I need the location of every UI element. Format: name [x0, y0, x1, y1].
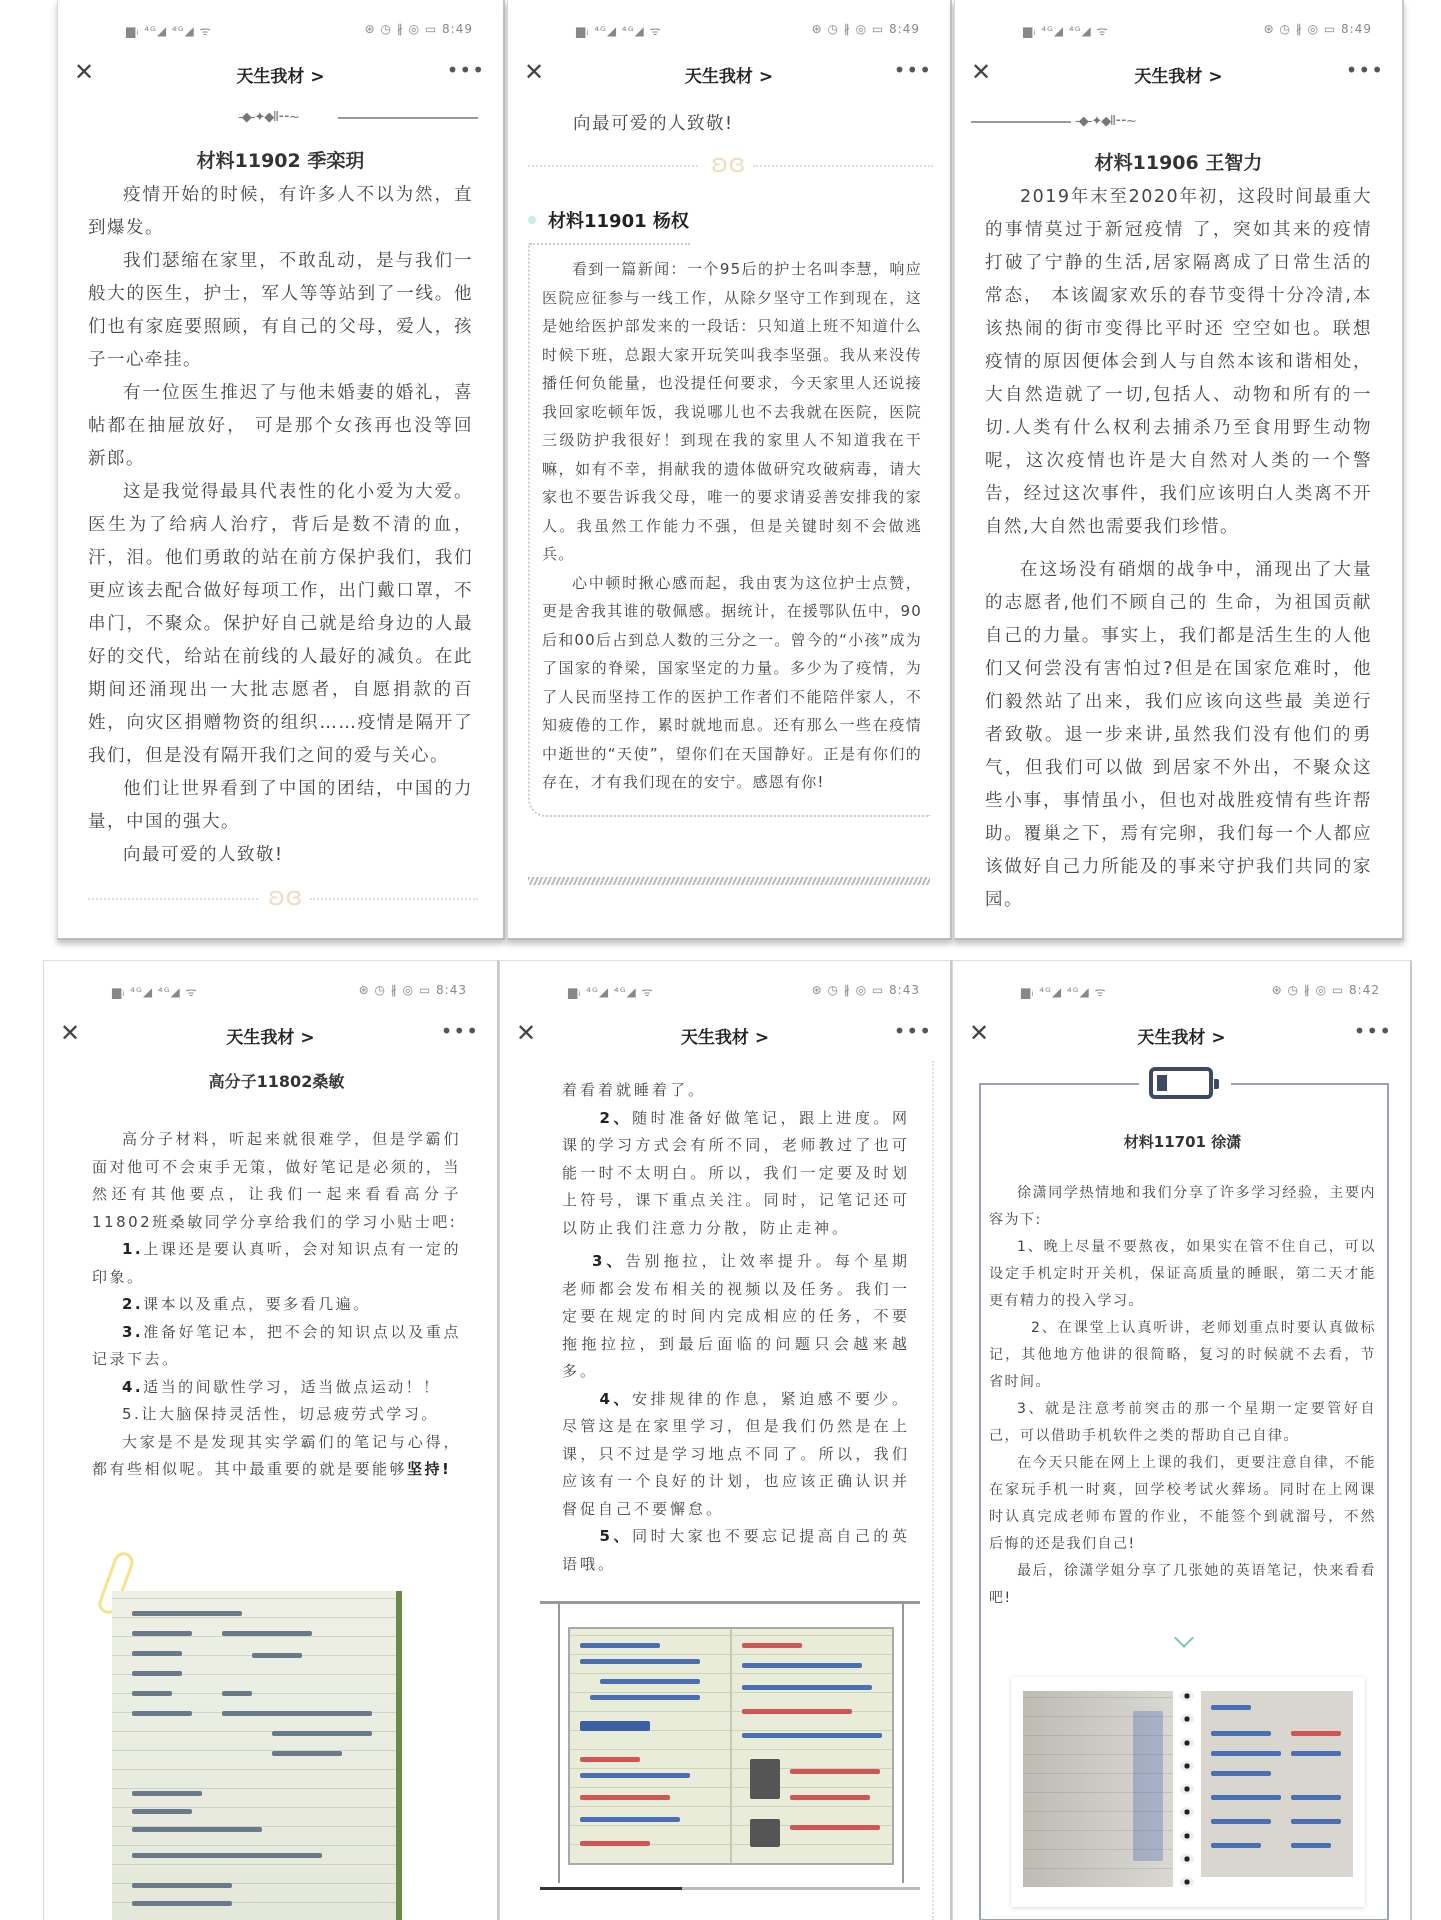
ring [1180, 1761, 1194, 1771]
paragraph: 2019年末至2020年初，这段时间最重大的事情莫过于新冠疫情 了，突如其来的疫… [985, 181, 1372, 544]
paragraph-text: 着看着就睡着了。 [562, 1081, 706, 1099]
tip-text: 让大脑保持灵活性，切忌疲劳式学习。 [141, 1405, 439, 1423]
paragraph: 我们瑟缩在家里，不敢乱动，是与我们一般大的医生，护士，军人等等站到了一线。他们也… [88, 245, 473, 377]
ring [1180, 1831, 1194, 1841]
handwriting [132, 1901, 232, 1906]
handwriting [742, 1663, 862, 1668]
handwriting [132, 1791, 202, 1796]
divider-line [971, 121, 1071, 123]
status-right: ⊛ ◷ ∦ ◎ ▭ 8:49 [812, 22, 920, 40]
handwriting [1291, 1751, 1341, 1756]
article-title: 材料11701 徐潇 [989, 1131, 1376, 1152]
gallery-scroll-thumb[interactable] [540, 1887, 682, 1890]
paragraph: 3、就是注意考前突击的那一个星期一定要管好自己，可以借助手机软件之类的帮助自己自… [989, 1396, 1376, 1450]
signal-icons: ▆ᵢ ⁴ᴳ◢ ⁴ᴳ◢ ᯤ [1023, 22, 1109, 40]
phone-screenshot-4: ▆ᵢ ⁴ᴳ◢ ⁴ᴳ◢ ᯤ ⊛ ◷ ∦ ◎ ▭ 8:43 ✕ 天生我材 > •••… [43, 960, 499, 1920]
tip-text: 告别拖拉，让效率提升。每个星期老师都会发布相关的视频以及任务。我们一定要在规定的… [562, 1252, 910, 1380]
handwriting [1211, 1819, 1271, 1824]
handwriting [742, 1709, 852, 1714]
handwriting [750, 1819, 780, 1847]
handwriting [132, 1631, 192, 1636]
paragraph: 有一位医生推迟了与他未婚妻的婚礼，喜帖都在抽屉放好， 可是那个女孩再也没等回新郎… [88, 377, 473, 476]
handwriting [790, 1795, 870, 1800]
handwriting [1211, 1843, 1261, 1848]
tip-number: 3. [122, 1323, 143, 1341]
tip-text: 准备好笔记本，把不会的知识点以及重点记录下去。 [92, 1323, 461, 1369]
handwriting [742, 1643, 802, 1648]
handwriting [1291, 1819, 1341, 1824]
handwriting [580, 1795, 670, 1800]
account-title-link[interactable]: 天生我材 > [500, 1023, 950, 1048]
article-title: 高分子11802桑敏 [92, 1069, 461, 1092]
handwriting [132, 1611, 242, 1616]
paragraph: 1、晚上尽量不要熬夜，如果实在管不住自己，可以设定手机定时开关机，保证高质量的睡… [989, 1234, 1376, 1315]
more-icon[interactable]: ••• [441, 1019, 479, 1043]
handwriting [1211, 1731, 1271, 1736]
phone-screenshot-6: ▆ᵢ ⁴ᴳ◢ ⁴ᴳ◢ ᯤ ⊛ ◷ ∦ ◎ ▭ 8:42 ✕ 天生我材 > •••… [952, 960, 1412, 1920]
status-bar: ▆ᵢ ⁴ᴳ◢ ⁴ᴳ◢ ᯤ ⊛ ◷ ∦ ◎ ▭ 8:43 [44, 983, 497, 1001]
more-icon[interactable]: ••• [1346, 58, 1384, 82]
ruled-lines [112, 1591, 396, 1920]
system-icons: ⊛ ◷ ∦ ◎ ▭ [359, 983, 432, 997]
paragraph-text: 大家是不是发现其实学霸们的笔记与心得，都有些相似呢。其中最重要的就是要能够 [92, 1433, 461, 1479]
wave-divider: -◆-✦◆⦀⁃⁃~ [985, 112, 1372, 132]
handwriting [742, 1685, 872, 1690]
handwriting [222, 1631, 312, 1636]
ring [1180, 1807, 1194, 1817]
article-title: 材料11906 王智力 [985, 148, 1372, 175]
handwriting [1291, 1795, 1341, 1800]
status-bar: ▆ᵢ ⁴ᴳ◢ ⁴ᴳ◢ ᯤ ⊛ ◷ ∦ ◎ ▭ 8:49 [58, 22, 503, 40]
ring [1180, 1784, 1194, 1794]
ring [1180, 1691, 1194, 1701]
status-right: ⊛ ◷ ∦ ◎ ▭ 8:42 [1272, 983, 1380, 1001]
clock: 8:49 [889, 22, 920, 36]
account-title-link[interactable]: 天生我材 > [953, 1023, 1410, 1048]
more-icon[interactable]: ••• [894, 58, 932, 82]
wave-divider: -◆-✦◆⦀⁃⁃~ [88, 108, 473, 128]
dotted-line [310, 898, 478, 900]
tip-number: 5、 [600, 1527, 633, 1545]
hatched-divider [528, 877, 930, 885]
phone-screenshot-3: ▆ᵢ ⁴ᴳ◢ ⁴ᴳ◢ ᯤ ⊛ ◷ ∦ ◎ ▭ 8:49 ✕ 天生我材 > •••… [954, 0, 1404, 940]
tip-number: 2、 [600, 1109, 633, 1127]
tip-item: 1.上课还是要认真听，会对知识点有一定的印象。 [92, 1236, 461, 1291]
more-icon[interactable]: ••• [894, 1019, 932, 1043]
tip-item: 2、随时准备好做笔记，跟上进度。网课的学习方式会有所不同，老师教过了也可能一时不… [562, 1105, 910, 1243]
ring [1180, 1714, 1194, 1724]
paragraph: 高分子材料，听起来就很难学，但是学霸们面对他可不会束手无策，做好笔记是必须的，当… [92, 1126, 461, 1236]
handwriting [790, 1769, 880, 1774]
tip-item: 3、告别拖拉，让效率提升。每个星期老师都会发布相关的视频以及任务。我们一定要在规… [562, 1248, 910, 1386]
tip-number: 3、 [592, 1252, 626, 1270]
butterfly-divider: ʚɞ [88, 878, 473, 918]
system-icons: ⊛ ◷ ∦ ◎ ▭ [1264, 22, 1337, 36]
article-body: -◆-✦◆⦀⁃⁃~ 材料11906 王智力 2019年末至2020年初，这段时间… [955, 112, 1402, 938]
emphasis-text: 坚持! [407, 1460, 451, 1478]
paragraph: 向最可爱的人致敬! [88, 839, 473, 872]
phone-screenshot-5: ▆ᵢ ⁴ᴳ◢ ⁴ᴳ◢ ᯤ ⊛ ◷ ∦ ◎ ▭ 8:43 ✕ 天生我材 > •••… [499, 960, 952, 1920]
butterfly-divider: ʚɞ [528, 145, 930, 185]
section-heading: 材料11901 杨权 [528, 207, 930, 233]
signal-icons: ▆ᵢ ⁴ᴳ◢ ⁴ᴳ◢ ᯤ [568, 983, 654, 1001]
nav-bar: ✕ 天生我材 > ••• [953, 1019, 1410, 1055]
status-right: ⊛ ◷ ∦ ◎ ▭ 8:49 [1264, 22, 1372, 40]
paragraph: 徐潇同学热情地和我们分享了许多学习经验，主要内容为下: [989, 1180, 1376, 1234]
nav-bar: ✕ 天生我材 > ••• [500, 1019, 950, 1055]
paragraph: 最后，徐潇学姐分享了几张她的英语笔记，快来看看吧! [989, 1558, 1376, 1612]
handwriting [580, 1721, 650, 1731]
tip-text: 随时准备好做笔记，跟上进度。网课的学习方式会有所不同，老师教过了也可能一时不太明… [562, 1109, 910, 1237]
paragraph: 疫情开始的时候，有许多人不以为然，直到爆发。 [88, 179, 473, 245]
handwriting [580, 1757, 640, 1762]
tip-number: 4、 [600, 1390, 633, 1408]
status-bar: ▆ᵢ ⁴ᴳ◢ ⁴ᴳ◢ ᯤ ⊛ ◷ ∦ ◎ ▭ 8:42 [953, 983, 1410, 1001]
nav-bar: ✕ 天生我材 > ••• [58, 58, 503, 94]
handwriting [132, 1671, 182, 1676]
butterfly-icon: ʚɞ [711, 149, 745, 179]
notebook-photo[interactable] [112, 1591, 402, 1920]
signal-icons: ▆ᵢ ⁴ᴳ◢ ⁴ᴳ◢ ᯤ [112, 983, 198, 1001]
tip-number: 1. [122, 1240, 143, 1258]
wave-ornament-icon: -◆-✦◆⦀⁃⁃~ [238, 110, 299, 125]
tip-item: 2.课本以及重点，要多看几遍。 [92, 1291, 461, 1319]
status-bar: ▆ᵢ ⁴ᴳ◢ ⁴ᴳ◢ ᯤ ⊛ ◷ ∦ ◎ ▭ 8:49 [508, 22, 950, 40]
status-right: ⊛ ◷ ∦ ◎ ▭ 8:43 [812, 983, 920, 1001]
status-right: ⊛ ◷ ∦ ◎ ▭ 8:43 [359, 983, 467, 1001]
handwriting [1291, 1843, 1331, 1848]
account-title-link[interactable]: 天生我材 > [508, 62, 950, 87]
handwriting [132, 1853, 322, 1858]
paragraph: 在今天只能在网上上课的我们，更要注意自律，不能在家玩手机一时爽，回学校考试火葬场… [989, 1450, 1376, 1558]
more-icon[interactable]: ••• [1354, 1019, 1392, 1043]
paragraph: 着看着就睡着了。 [562, 1077, 910, 1105]
paragraph-text: 高分子材料，听起来就很难学，但是学霸们面对他可不会束手无策，做好笔记是必须的，当… [92, 1130, 461, 1231]
battery-icon [1149, 1067, 1213, 1099]
handwriting [750, 1759, 780, 1799]
tip-item: 3.准备好笔记本，把不会的知识点以及重点记录下去。 [92, 1319, 461, 1374]
dotted-line [88, 898, 258, 900]
open-notebook-photo[interactable] [568, 1627, 894, 1865]
paragraph: 2、在课堂上认真听讲，老师划重点时要认真做标记，其他地方他讲的很简略，复习的时候… [989, 1315, 1376, 1396]
ring [1180, 1854, 1194, 1864]
handwriting [1211, 1795, 1281, 1800]
handwriting [580, 1659, 700, 1664]
clock: 8:42 [1349, 983, 1380, 997]
tip-text: 适当的间歇性学习，适当做点运动！！ [143, 1378, 441, 1396]
handwriting [742, 1733, 882, 1738]
ring [1180, 1738, 1194, 1748]
nav-bar: ✕ 天生我材 > ••• [44, 1019, 497, 1055]
phone-screenshot-1: ▆ᵢ ⁴ᴳ◢ ⁴ᴳ◢ ᯤ ⊛ ◷ ∦ ◎ ▭ 8:49 ✕ 天生我材 > •••… [57, 0, 505, 940]
handwriting [222, 1691, 252, 1696]
handwriting [790, 1825, 880, 1830]
paragraph: 这是我觉得最具代表性的化小爱为大爱。医生为了给病人治疗，背后是数不清的血，汗，泪… [88, 476, 473, 773]
status-bar: ▆ᵢ ⁴ᴳ◢ ⁴ᴳ◢ ᯤ ⊛ ◷ ∦ ◎ ▭ 8:49 [955, 22, 1402, 40]
dotted-line [528, 165, 698, 167]
article-body: 向最可爱的人致敬! ʚɞ 材料11901 杨权 看到一篇新闻：一个95后的护士名… [508, 108, 950, 938]
handwriting [252, 1653, 302, 1658]
quote-card: 看到一篇新闻：一个95后的护士名叫李慧，响应医院应征参与一线工作，从除夕坚守工作… [528, 243, 930, 817]
handwriting [580, 1773, 690, 1778]
account-title-link[interactable]: 天生我材 > [44, 1023, 497, 1048]
more-icon[interactable]: ••• [447, 58, 485, 82]
clock: 8:49 [442, 22, 473, 36]
dotted-line [753, 165, 933, 167]
status-right: ⊛ ◷ ∦ ◎ ▭ 8:49 [365, 22, 473, 40]
tip-item: 4.适当的间歇性学习，适当做点运动！！ [92, 1374, 461, 1402]
handwriting [272, 1731, 372, 1736]
tip-item: 4、安排规律的作息，紧迫感不要少。尽管这是在家里学习，但是我们仍然是在上课，只不… [562, 1386, 910, 1524]
tip-item: 5.让大脑保持灵活性，切忌疲劳式学习。 [92, 1401, 461, 1429]
previous-section-tail: 向最可爱的人致敬! [528, 108, 930, 141]
ring [1180, 1877, 1194, 1887]
clock: 8:43 [436, 983, 467, 997]
nav-bar: ✕ 天生我材 > ••• [508, 58, 950, 94]
phone-screenshot-2: ▆ᵢ ⁴ᴳ◢ ⁴ᴳ◢ ᯤ ⊛ ◷ ∦ ◎ ▭ 8:49 ✕ 天生我材 > •••… [507, 0, 952, 940]
handwriting [580, 1817, 680, 1822]
handwriting [132, 1651, 182, 1656]
notebook-spine [730, 1629, 732, 1863]
system-icons: ⊛ ◷ ∦ ◎ ▭ [812, 983, 885, 997]
handwriting [132, 1827, 262, 1832]
system-icons: ⊛ ◷ ∦ ◎ ▭ [1272, 983, 1345, 997]
account-title-link[interactable]: 天生我材 > [955, 62, 1402, 87]
account-title-link[interactable]: 天生我材 > [58, 62, 503, 87]
wave-ornament-icon: -◆-✦◆⦀⁃⁃~ [1075, 114, 1136, 129]
status-bar: ▆ᵢ ⁴ᴳ◢ ⁴ᴳ◢ ᯤ ⊛ ◷ ∦ ◎ ▭ 8:43 [500, 983, 950, 1001]
system-icons: ⊛ ◷ ∦ ◎ ▭ [365, 22, 438, 36]
handwriting [1211, 1771, 1271, 1776]
handwriting [580, 1643, 660, 1648]
paragraph: 看到一篇新闻：一个95后的护士名叫李慧，响应医院应征参与一线工作，从除夕坚守工作… [542, 255, 922, 569]
handwriting [590, 1695, 700, 1700]
nav-bar: ✕ 天生我材 > ••• [955, 58, 1402, 94]
butterfly-icon: ʚɞ [268, 882, 302, 912]
handwriting [1291, 1731, 1341, 1736]
paragraph: 大家是不是发现其实学霸们的笔记与心得，都有些相似呢。其中最重要的就是要能够坚持! [92, 1429, 461, 1484]
tip-text: 课本以及重点，要多看几遍。 [143, 1295, 371, 1313]
paragraph: 在这场没有硝烟的战争中，涌现出了大量的志愿者,他们不顾自己的 生命，为祖国贡献自… [985, 554, 1372, 917]
handwriting [1211, 1705, 1251, 1710]
article-body: -◆-✦◆⦀⁃⁃~ 材料11902 季栾玥 疫情开始的时候，有许多人不以为然，直… [58, 108, 503, 938]
tip-text: 上课还是要认真听，会对知识点有一定的印象。 [92, 1240, 461, 1286]
paragraph: 心中顿时揪心感而起，我由衷为这位护士点赞，更是舍我其谁的敬佩感。据统计，在援鄂队… [542, 569, 922, 797]
system-icons: ⊛ ◷ ∦ ◎ ▭ [812, 22, 885, 36]
handwriting [132, 1883, 232, 1888]
accent-dot-icon [528, 216, 536, 224]
notebook-page-left[interactable] [1023, 1691, 1173, 1887]
gallery-scrollbar[interactable] [540, 1887, 920, 1890]
tip-number: 5. [122, 1405, 141, 1423]
article-title: 材料11902 季栾玥 [88, 146, 473, 173]
handwriting [222, 1711, 372, 1716]
handwriting [272, 1751, 342, 1756]
handwriting [132, 1809, 192, 1814]
signal-icons: ▆ᵢ ⁴ᴳ◢ ⁴ᴳ◢ ᯤ [126, 22, 212, 40]
clock: 8:43 [889, 983, 920, 997]
section-title: 材料11901 杨权 [548, 207, 689, 233]
divider-line [338, 117, 478, 119]
handwriting [1133, 1711, 1163, 1861]
notes-image-gallery[interactable] [1011, 1677, 1365, 1907]
clock: 8:49 [1341, 22, 1372, 36]
ring-binder-icon [1177, 1691, 1197, 1887]
tip-number: 4. [122, 1378, 143, 1396]
tip-item: 5、同时大家也不要忘记提高自己的英语哦。 [562, 1523, 910, 1578]
signal-icons: ▆ᵢ ⁴ᴳ◢ ⁴ᴳ◢ ᯤ [576, 22, 662, 40]
paragraph: 他们让世界看到了中国的团结，中国的力量，中国的强大。 [88, 773, 473, 839]
handwriting [132, 1691, 172, 1696]
handwriting [132, 1711, 192, 1716]
handwriting [1211, 1751, 1281, 1756]
tip-text: 安排规律的作息，紧迫感不要少。尽管这是在家里学习，但是我们仍然是在上课，只不过是… [562, 1390, 910, 1518]
signal-icons: ▆ᵢ ⁴ᴳ◢ ⁴ᴳ◢ ᯤ [1021, 983, 1107, 1001]
handwriting [580, 1841, 650, 1846]
notebook-page-right[interactable] [1201, 1691, 1353, 1877]
handwriting [600, 1679, 700, 1684]
tip-number: 2. [122, 1295, 143, 1313]
